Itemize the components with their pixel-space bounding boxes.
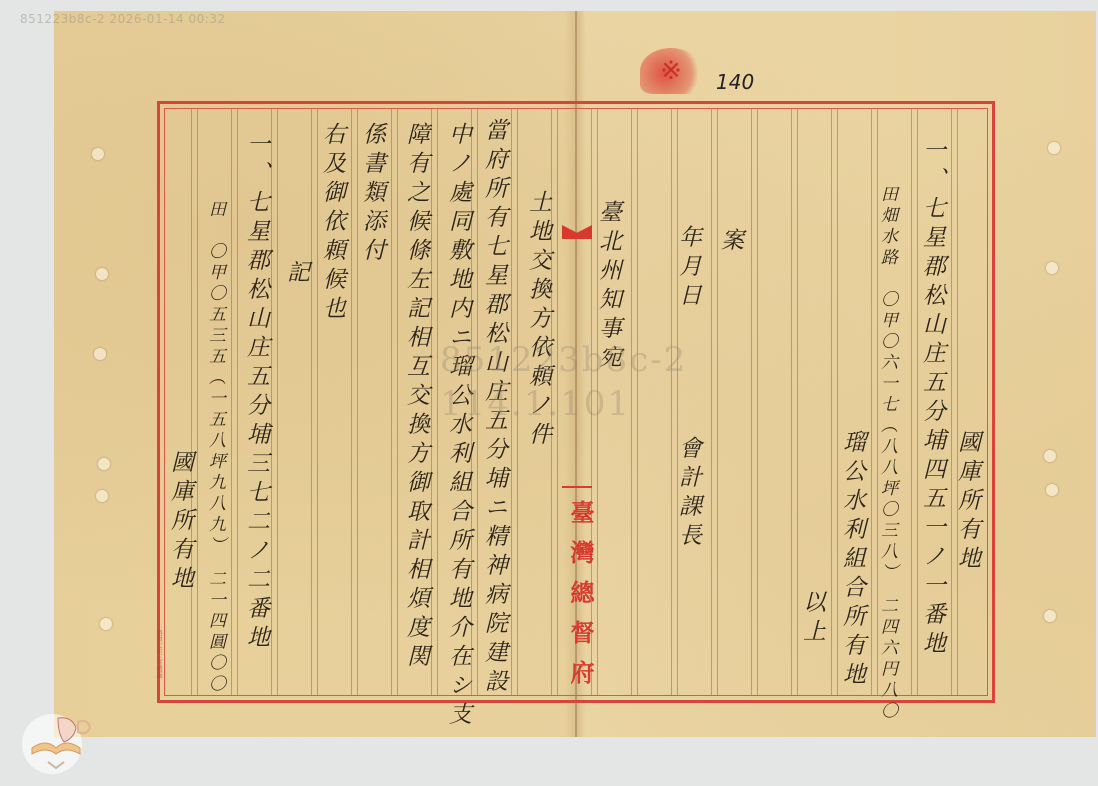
- binding-hole: [1048, 142, 1060, 154]
- col-end-mark: 以上: [800, 590, 823, 648]
- col-body-3: 障有之候條左記相互交換方御取計相煩度関: [404, 122, 427, 673]
- col-owner-3: 國庫所有地: [168, 450, 191, 595]
- col-owner-1: 國庫所有地: [955, 430, 978, 575]
- printer-mark: 昭和七年三月製版: [154, 630, 163, 678]
- col-detail-2: 田 〇甲〇五三五（一五八坪九八九） 二一四圓〇〇: [206, 200, 223, 696]
- binding-hole: [98, 458, 110, 470]
- col-date: 年月日: [676, 225, 699, 312]
- col-draft-title: 案: [718, 228, 741, 257]
- col-property-2: 一、七星郡松山庄五分埔三七二ノ二番地: [244, 132, 267, 654]
- col-body-4: 係書類添付: [360, 122, 383, 267]
- binding-hole: [1046, 262, 1058, 274]
- page-number: 140: [716, 70, 754, 94]
- binding-hole: [1044, 610, 1056, 622]
- binding-hole: [96, 268, 108, 280]
- red-seal-stamp: ※: [640, 48, 702, 94]
- printed-office-name: 臺灣總督府: [563, 500, 598, 700]
- binding-hole: [1046, 484, 1058, 496]
- col-body-5: 右及御依頼候也: [320, 122, 343, 325]
- col-property-1: 一、七星郡松山庄五分埔四五一ノ一番地: [920, 138, 943, 660]
- col-detail-1: 田畑水路 〇甲〇六一七（八八坪〇三八） 二四六円八〇: [878, 185, 895, 723]
- col-signer: 會計課長: [676, 436, 699, 552]
- watermark-line-2: 114.1.101: [440, 384, 631, 424]
- binding-hole: [92, 148, 104, 160]
- binding-hole: [1044, 450, 1056, 462]
- archive-logo-icon: [18, 708, 98, 778]
- binding-hole: [94, 348, 106, 360]
- binding-hole: [96, 490, 108, 502]
- scan-id-label: 851223b8c-2 2026-01-14 00:32: [20, 12, 226, 26]
- title-top-bar: [562, 486, 592, 488]
- binding-hole: [100, 618, 112, 630]
- col-ji: 記: [284, 260, 307, 289]
- watermark-line-1: 851223b8c-2: [440, 340, 687, 380]
- col-body-2: 中ノ處同敷地内ニ瑠公水利組合所有地介在シ支: [446, 122, 469, 731]
- col-owner-2: 瑠公水利組合所有地: [840, 430, 863, 691]
